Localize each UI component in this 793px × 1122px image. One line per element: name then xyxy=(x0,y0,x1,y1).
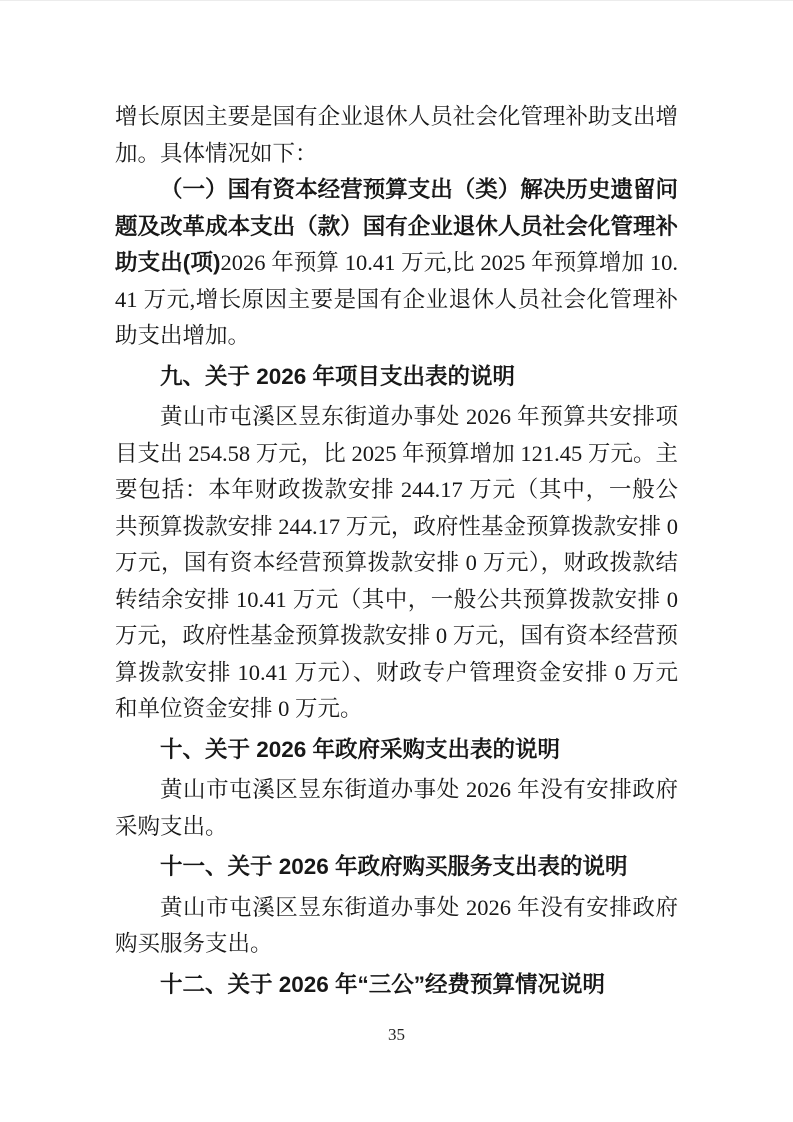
section-12-heading: 十二、关于 2026 年“三公”经费预算情况说明 xyxy=(115,967,678,1004)
continuation-paragraph: 增长原因主要是国有企业退休人员社会化管理补助支出增加。具体情况如下： xyxy=(115,99,678,172)
item-one-paragraph: （一）国有资本经营预算支出（类）解决历史遗留问题及改革成本支出（款）国有企业退休… xyxy=(115,172,678,355)
section-10-heading: 十、关于 2026 年政府采购支出表的说明 xyxy=(115,732,678,769)
section-11-heading: 十一、关于 2026 年政府购买服务支出表的说明 xyxy=(115,849,678,886)
document-content: 增长原因主要是国有企业退休人员社会化管理补助支出增加。具体情况如下： （一）国有… xyxy=(115,99,678,1007)
page-number: 35 xyxy=(0,1025,793,1045)
document-page: 增长原因主要是国有企业退休人员社会化管理补助支出增加。具体情况如下： （一）国有… xyxy=(0,0,793,1122)
section-9-heading: 九、关于 2026 年项目支出表的说明 xyxy=(115,359,678,396)
section-10-paragraph: 黄山市屯溪区昱东街道办事处 2026 年没有安排政府采购支出。 xyxy=(115,772,678,845)
section-11-paragraph: 黄山市屯溪区昱东街道办事处 2026 年没有安排政府购买服务支出。 xyxy=(115,890,678,963)
section-9-paragraph: 黄山市屯溪区昱东街道办事处 2026 年预算共安排项目支出 254.58 万元，… xyxy=(115,399,678,728)
